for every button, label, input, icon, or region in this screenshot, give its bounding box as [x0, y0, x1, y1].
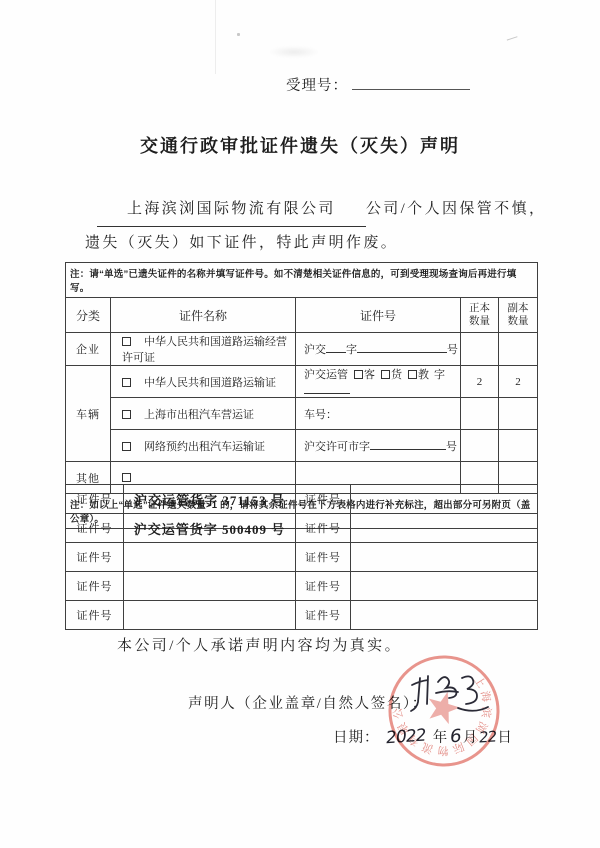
cert-number-cell: 车号：	[296, 398, 461, 430]
table-header-row: 分类 证件名称 证件号 正本 数量 副本 数量	[66, 298, 538, 333]
cert-no-value	[351, 514, 538, 543]
checkbox-cargo-icon	[381, 370, 390, 379]
cert-no-label: 证件号	[66, 601, 124, 630]
page-title: 交通行政审批证件遗失（灭失）声明	[0, 132, 600, 158]
extra-cert-row: 证件号 沪交运管货字 500409 号 证件号	[66, 514, 538, 543]
acceptance-number-line: 受理号：	[286, 74, 470, 95]
header-copy-count: 副本 数量	[499, 298, 538, 333]
checkbox-training-icon	[408, 370, 417, 379]
header-original-count: 正本 数量	[461, 298, 499, 333]
cert-name-cell: 上海市出租汽车营运证	[111, 398, 296, 430]
intro-after-company: 公司/个人因保管不慎，	[366, 201, 547, 217]
blank-line	[357, 341, 447, 353]
extra-cert-row: 证件号 沪交运管货字 371153 号 证件号	[66, 485, 538, 514]
intro-line-2: 遗失（灭失）如下证件，特此声明作废。	[85, 227, 555, 260]
cert-no-label: 证件号	[66, 485, 124, 514]
category-enterprise: 企业	[66, 333, 111, 366]
cert-no-label: 证件号	[296, 572, 351, 601]
extra-cert-row: 证件号 证件号	[66, 601, 538, 630]
scan-artifact-dot	[237, 33, 240, 36]
cert-no-value	[351, 601, 538, 630]
cert-no-value	[351, 543, 538, 572]
cert-number-cell: 沪交运管客货教字	[296, 366, 461, 398]
checkbox-passenger-icon	[354, 370, 363, 379]
acceptance-number-blank	[352, 75, 470, 90]
acceptance-number-label: 受理号：	[286, 78, 348, 94]
cert-name-cell: 中华人民共和国道路运输经营许可证	[111, 333, 296, 366]
copy-count-cell	[499, 430, 538, 462]
intro-paragraph: 上海滨浏国际物流有限公司公司/个人因保管不慎， 遗失（灭失）如下证件，特此声明作…	[85, 193, 555, 260]
cert-number-cell: 沪交字号	[296, 333, 461, 366]
date-label: 日期：	[333, 730, 380, 746]
blank-line	[370, 438, 446, 450]
original-count-cell	[461, 333, 499, 366]
category-vehicle: 车辆	[66, 366, 111, 462]
cert-no-label: 证件号	[66, 572, 124, 601]
cert-number-cell: 沪交许可市字号	[296, 430, 461, 462]
cert-no-value: 沪交运管货字 371153 号	[124, 485, 296, 514]
row-taxi-operation-cert: 上海市出租汽车营运证 车号：	[66, 398, 538, 430]
extra-cert-row: 证件号 证件号	[66, 572, 538, 601]
handwritten-signature	[408, 670, 492, 718]
blank-line	[326, 341, 346, 353]
cert-no-label: 证件号	[66, 514, 124, 543]
header-cert-name: 证件名称	[111, 298, 296, 333]
checkbox-icon	[122, 473, 131, 482]
cert-no-label: 证件号	[296, 514, 351, 543]
cert-no-value	[351, 572, 538, 601]
header-cert-number: 证件号	[296, 298, 461, 333]
cert-name-cell: 网络预约出租汽车运输证	[111, 430, 296, 462]
cert-name-cell: 中华人民共和国道路运输证	[111, 366, 296, 398]
copy-count-cell: 2	[499, 366, 538, 398]
company-name: 上海滨浏国际物流有限公司	[97, 193, 366, 227]
scan-artifact-smudge	[268, 46, 320, 58]
cert-no-label: 证件号	[66, 543, 124, 572]
row-online-taxi-cert: 网络预约出租汽车运输证 沪交许可市字号	[66, 430, 538, 462]
cert-no-value	[124, 601, 296, 630]
cert-no-label: 证件号	[296, 543, 351, 572]
header-category: 分类	[66, 298, 111, 333]
table-note-row: 注：请“单选”已遗失证件的名称并填写证件号。如不清楚相关证件信息的，可到受理现场…	[66, 263, 538, 298]
checkbox-icon	[122, 337, 131, 346]
original-count-cell	[461, 430, 499, 462]
cert-no-value	[351, 485, 538, 514]
checkbox-icon	[122, 410, 131, 419]
intro-line-1: 上海滨浏国际物流有限公司公司/个人因保管不慎，	[85, 193, 555, 227]
cert-no-value	[124, 572, 296, 601]
scan-fold-line	[215, 0, 216, 74]
cert-no-label: 证件号	[296, 485, 351, 514]
scan-artifact-mark	[505, 32, 517, 40]
copy-count-cell	[499, 333, 538, 366]
scanned-declaration-form: 受理号： 交通行政审批证件遗失（灭失）声明 上海滨浏国际物流有限公司公司/个人因…	[0, 0, 600, 848]
extra-cert-row: 证件号 证件号	[66, 543, 538, 572]
checkbox-icon	[122, 378, 131, 387]
original-count-cell: 2	[461, 366, 499, 398]
cert-no-value	[124, 543, 296, 572]
blank-line	[304, 382, 350, 394]
original-count-cell	[461, 398, 499, 430]
cert-no-value: 沪交运管货字 500409 号	[124, 514, 296, 543]
promise-statement: 本公司/个人承诺声明内容均为真实。	[117, 634, 402, 655]
table-note: 注：请“单选”已遗失证件的名称并填写证件号。如不清楚相关证件信息的，可到受理现场…	[66, 263, 538, 298]
checkbox-icon	[122, 442, 131, 451]
row-road-transport-cert: 车辆 中华人民共和国道路运输证 沪交运管客货教字 2 2	[66, 366, 538, 398]
copy-count-cell	[499, 398, 538, 430]
cert-no-label: 证件号	[296, 601, 351, 630]
extra-cert-numbers-table: 证件号 沪交运管货字 371153 号 证件号 证件号 沪交运管货字 50040…	[65, 484, 538, 630]
row-road-transport-license: 企业 中华人民共和国道路运输经营许可证 沪交字号	[66, 333, 538, 366]
